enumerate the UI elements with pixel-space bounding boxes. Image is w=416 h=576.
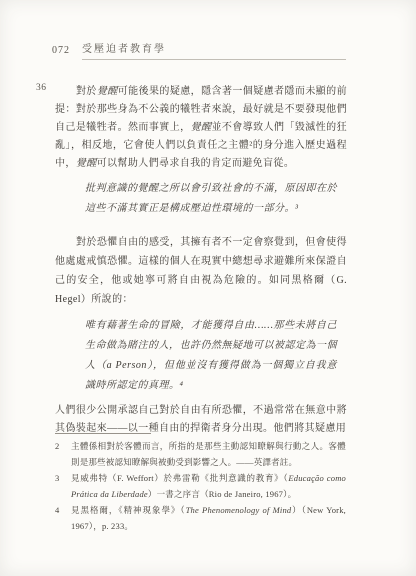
footnote-section: 2 主體係相對於客體而言，所指的是那些主動認知瞭解與行動之人。客體則是那些被認知… <box>55 433 346 535</box>
page-number: 072 <box>52 45 70 60</box>
footnote-number: 4 <box>55 503 71 534</box>
footnote-text: 見黑格爾，《精神現象學》（The Phenomenology of Mind）（… <box>71 503 346 534</box>
margin-section-number: 36 <box>36 83 47 93</box>
paragraph-fear-of-freedom: 對於恐懼自由的感受，其擁有者不一定會察覺到，但會使得他處處戒慎恐懼。這樣的個人在… <box>55 233 347 309</box>
blockquote-critical-consciousness: 批判意識的覺醒之所以會引致社會的不滿，原因即在於這些不滿其實正是構成壓迫性環境的… <box>85 179 337 219</box>
blockquote-hegel: 唯有藉著生命的冒險，才能獲得自由……那些未將自己生命做為賭注的人，也許仍然無疑地… <box>85 316 337 396</box>
footnote-text: 見威弗特（F. Weffort）於弗雷勒《批判意識的教育》（Educação c… <box>71 471 346 502</box>
footnote-text: 主體係相對於客體而言，所指的是那些主動認知瞭解與行動之人。客體則是那些被認知瞭解… <box>71 439 346 470</box>
footnote-number: 2 <box>55 439 71 470</box>
paragraph-awakening: 對於覺醒可能後果的疑慮，隱含著一個疑慮者隱而未顯的前提：對於那些身為不公義的犧牲… <box>55 83 347 173</box>
book-title: 受壓迫者教育學 <box>82 40 346 60</box>
main-text-column: 對於覺醒可能後果的疑慮，隱含著一個疑慮者隱而未顯的前提：對於那些身為不公義的犧牲… <box>55 83 347 438</box>
footnote-divider <box>55 433 151 434</box>
footnote-4: 4 見黑格爾，《精神現象學》（The Phenomenology of Mind… <box>55 503 346 534</box>
book-page: 072 受壓迫者教育學 36 對於覺醒可能後果的疑慮，隱含著一個疑慮者隱而未顯的… <box>0 0 416 576</box>
footnote-3: 3 見威弗特（F. Weffort）於弗雷勒《批判意識的教育》（Educação… <box>55 471 346 502</box>
footnote-2: 2 主體係相對於客體而言，所指的是那些主動認知瞭解與行動之人。客體則是那些被認知… <box>55 439 346 470</box>
footnote-number: 3 <box>55 471 71 502</box>
running-head: 072 受壓迫者教育學 <box>52 40 346 60</box>
